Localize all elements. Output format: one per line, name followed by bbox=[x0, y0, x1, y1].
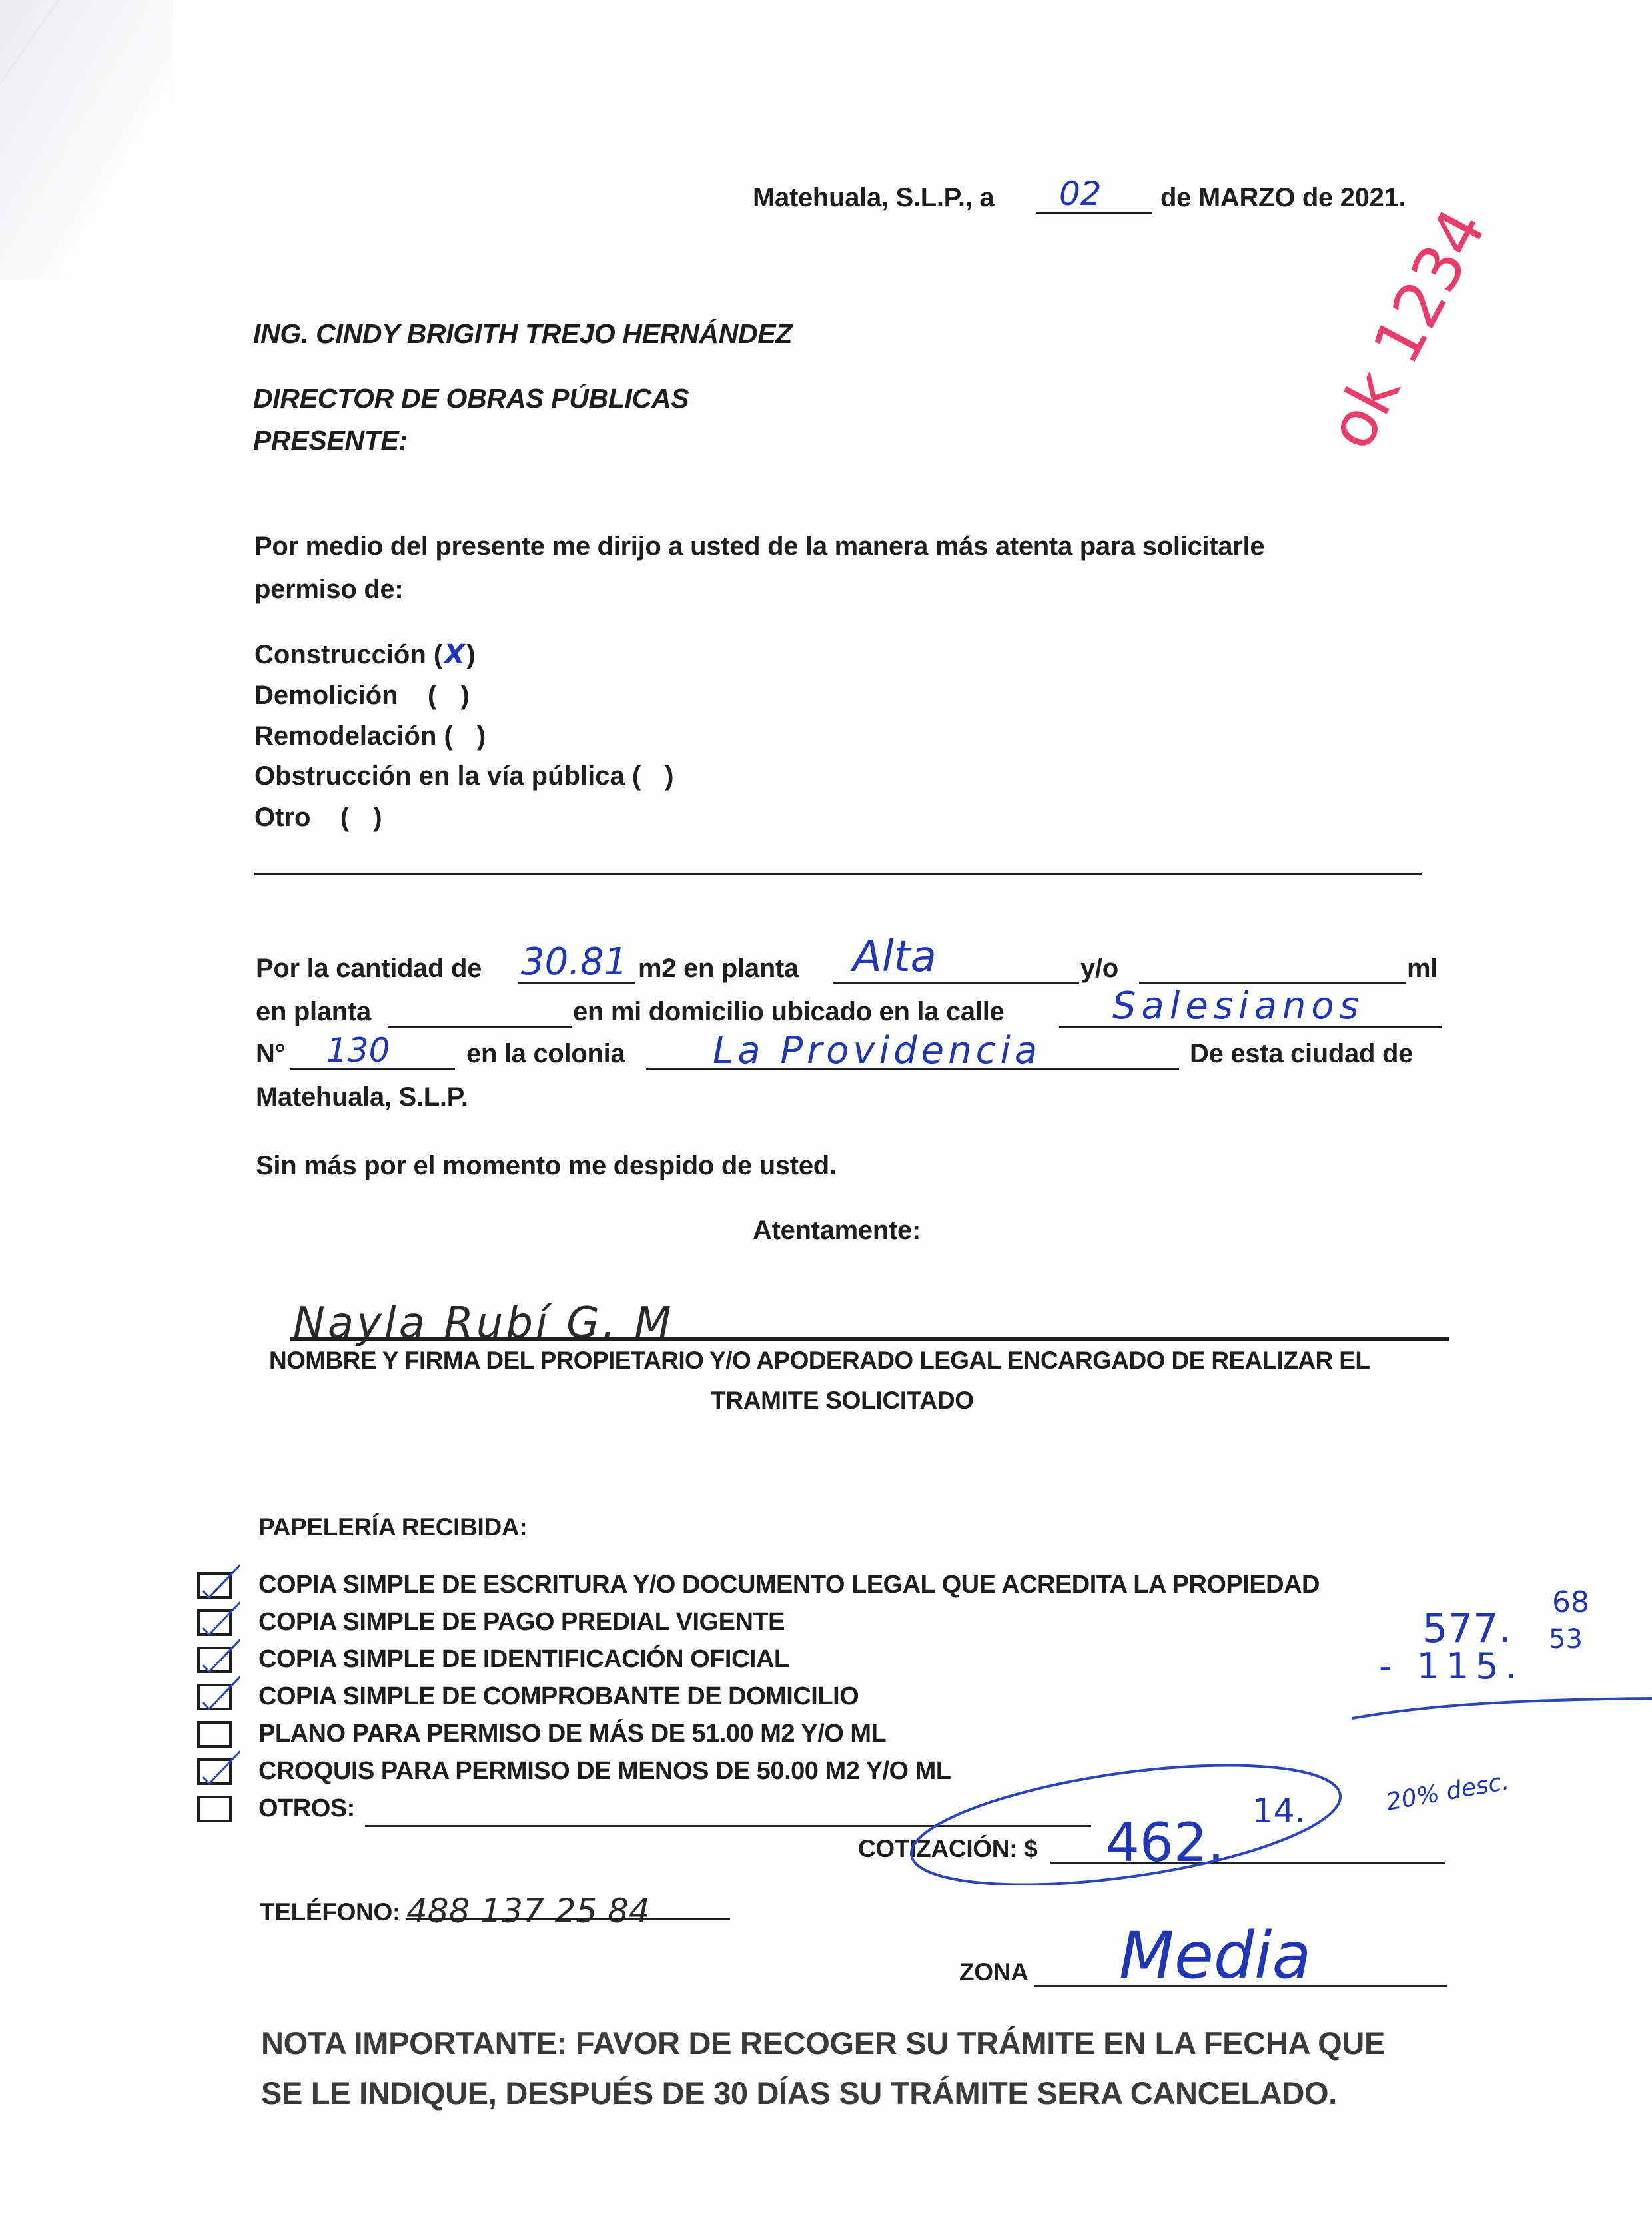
papeleria-title: PAPELERÍA RECIBIDA: bbox=[258, 1513, 527, 1541]
en-planta-underline bbox=[388, 1026, 572, 1028]
cotizacion-circle bbox=[893, 1752, 1372, 1885]
number-label: N° bbox=[256, 1039, 285, 1069]
domicilio-label: en mi domicilio ubicado en la calle bbox=[573, 997, 1004, 1027]
colonia-label: en la colonia bbox=[466, 1039, 625, 1069]
document-checklist-label: PLANO PARA PERMISO DE MÁS DE 51.00 M2 Y/… bbox=[258, 1720, 886, 1748]
ml-unit: ml bbox=[1407, 954, 1438, 984]
checkmark-icon bbox=[197, 1674, 240, 1714]
date-prefix: Matehuala, S.L.P., a bbox=[753, 183, 994, 213]
section-divider bbox=[254, 873, 1422, 875]
checkmark-icon bbox=[197, 1600, 240, 1640]
checkbox[interactable] bbox=[197, 1796, 232, 1822]
telefono-field[interactable]: 488 137 25 84 bbox=[406, 1892, 650, 1930]
signature-line bbox=[290, 1337, 1449, 1341]
day-field[interactable]: 02 bbox=[1059, 175, 1102, 213]
planta-underline bbox=[833, 982, 1079, 984]
permit-option[interactable]: Demolición () bbox=[254, 681, 470, 711]
permit-option-label: Obstrucción en la vía pública ( bbox=[254, 761, 641, 791]
intro-line-2: permiso de: bbox=[254, 575, 403, 605]
document-checklist-label: CROQUIS PARA PERMISO DE MENOS DE 50.00 M… bbox=[258, 1757, 951, 1786]
permit-option-label: Demolición ( bbox=[254, 681, 436, 710]
qty-prefix: Por la cantidad de bbox=[256, 954, 482, 984]
planta-field[interactable]: Alta bbox=[853, 932, 937, 982]
yo-label: y/o bbox=[1080, 954, 1118, 984]
addressee-name: ING. CINDY BRIGITH TREJO HERNÁNDEZ bbox=[253, 318, 792, 350]
document-checklist-label: COPIA SIMPLE DE COMPROBANTE DE DOMICILIO bbox=[258, 1682, 859, 1711]
permit-option[interactable]: Otro () bbox=[254, 803, 382, 833]
calc-underline-stroke bbox=[1346, 1692, 1652, 1725]
permit-option[interactable]: Construcción (X) bbox=[254, 639, 476, 670]
permit-option-paren: ) bbox=[665, 761, 673, 791]
checkbox[interactable] bbox=[197, 1721, 232, 1748]
calle-field[interactable]: Salesianos bbox=[1112, 984, 1364, 1028]
permit-option-label: Construcción ( bbox=[254, 640, 442, 669]
zona-label: ZONA bbox=[959, 1958, 1029, 1986]
permit-option[interactable]: Remodelación () bbox=[254, 721, 486, 751]
telefono-strike bbox=[406, 1918, 730, 1920]
scan-shadow bbox=[0, 0, 173, 280]
qty-field[interactable]: 30.81 bbox=[521, 940, 627, 984]
calc-line-2-dec: 53 bbox=[1549, 1624, 1583, 1655]
permit-option-label: Remodelación ( bbox=[254, 721, 453, 751]
nota-line-1: NOTA IMPORTANTE: FAVOR DE RECOGER SU TRÁ… bbox=[261, 2025, 1385, 2061]
red-handwritten-mark: ok 1234 bbox=[1313, 197, 1501, 461]
atentamente-text: Atentamente: bbox=[753, 1216, 921, 1246]
addressee-greeting: PRESENTE: bbox=[253, 425, 408, 456]
qty-unit: m2 en planta bbox=[638, 954, 799, 984]
document-checklist-label: COPIA SIMPLE DE PAGO PREDIAL VIGENTE bbox=[258, 1608, 785, 1637]
nota-line-2: SE LE INDIQUE, DESPUÉS DE 30 DÍAS SU TRÁ… bbox=[261, 2075, 1337, 2111]
ciudad-suffix: De esta ciudad de bbox=[1190, 1039, 1413, 1069]
calc-line-1-dec: 68 bbox=[1552, 1585, 1589, 1619]
permit-option-label: Otro ( bbox=[254, 803, 349, 832]
nota-text-1: FAVOR DE RECOGER SU TRÁMITE EN LA FECHA … bbox=[567, 2026, 1385, 2061]
permit-option-paren: ) bbox=[460, 681, 469, 710]
colonia-field[interactable]: La Providencia bbox=[713, 1029, 1041, 1072]
zona-field[interactable]: Media bbox=[1119, 1918, 1311, 1993]
discount-note: 20% desc. bbox=[1384, 1768, 1511, 1816]
telefono-label: TELÉFONO: bbox=[260, 1898, 400, 1926]
document-checklist-label: OTROS: bbox=[258, 1794, 355, 1823]
nota-label: NOTA IMPORTANTE: bbox=[261, 2026, 567, 2061]
signature-caption-1: NOMBRE Y FIRMA DEL PROPIETARIO Y/O APODE… bbox=[269, 1347, 1370, 1375]
date-suffix: de MARZO de 2021. bbox=[1160, 183, 1406, 213]
number-field[interactable]: 130 bbox=[326, 1031, 390, 1070]
permit-option[interactable]: Obstrucción en la vía pública () bbox=[254, 761, 673, 791]
permit-option-paren: ) bbox=[373, 803, 382, 832]
addressee-title: DIRECTOR DE OBRAS PÚBLICAS bbox=[253, 383, 689, 414]
document-checklist-label: COPIA SIMPLE DE IDENTIFICACIÓN OFICIAL bbox=[258, 1645, 789, 1674]
closing-text: Sin más por el momento me despido de ust… bbox=[256, 1151, 837, 1181]
permit-option-checkmark[interactable]: X bbox=[442, 639, 466, 670]
checkmark-icon bbox=[197, 1637, 240, 1677]
permit-option-paren: ) bbox=[466, 640, 475, 669]
ciudad-name: Matehuala, S.L.P. bbox=[256, 1082, 468, 1112]
intro-line-1: Por medio del presente me dirijo a usted… bbox=[254, 532, 1264, 561]
permit-option-paren: ) bbox=[477, 721, 486, 751]
signature-caption-2: TRAMITE SOLICITADO bbox=[711, 1387, 974, 1415]
checkmark-icon bbox=[197, 1563, 240, 1603]
document-checklist-label: COPIA SIMPLE DE ESCRITURA Y/O DOCUMENTO … bbox=[258, 1571, 1320, 1599]
en-planta-label: en planta bbox=[256, 997, 371, 1027]
checkmark-icon bbox=[197, 1749, 240, 1789]
document-page: Matehuala, S.L.P., a 02 de MARZO de 2021… bbox=[0, 0, 1652, 2216]
calc-line-2: - 115. bbox=[1379, 1645, 1523, 1687]
